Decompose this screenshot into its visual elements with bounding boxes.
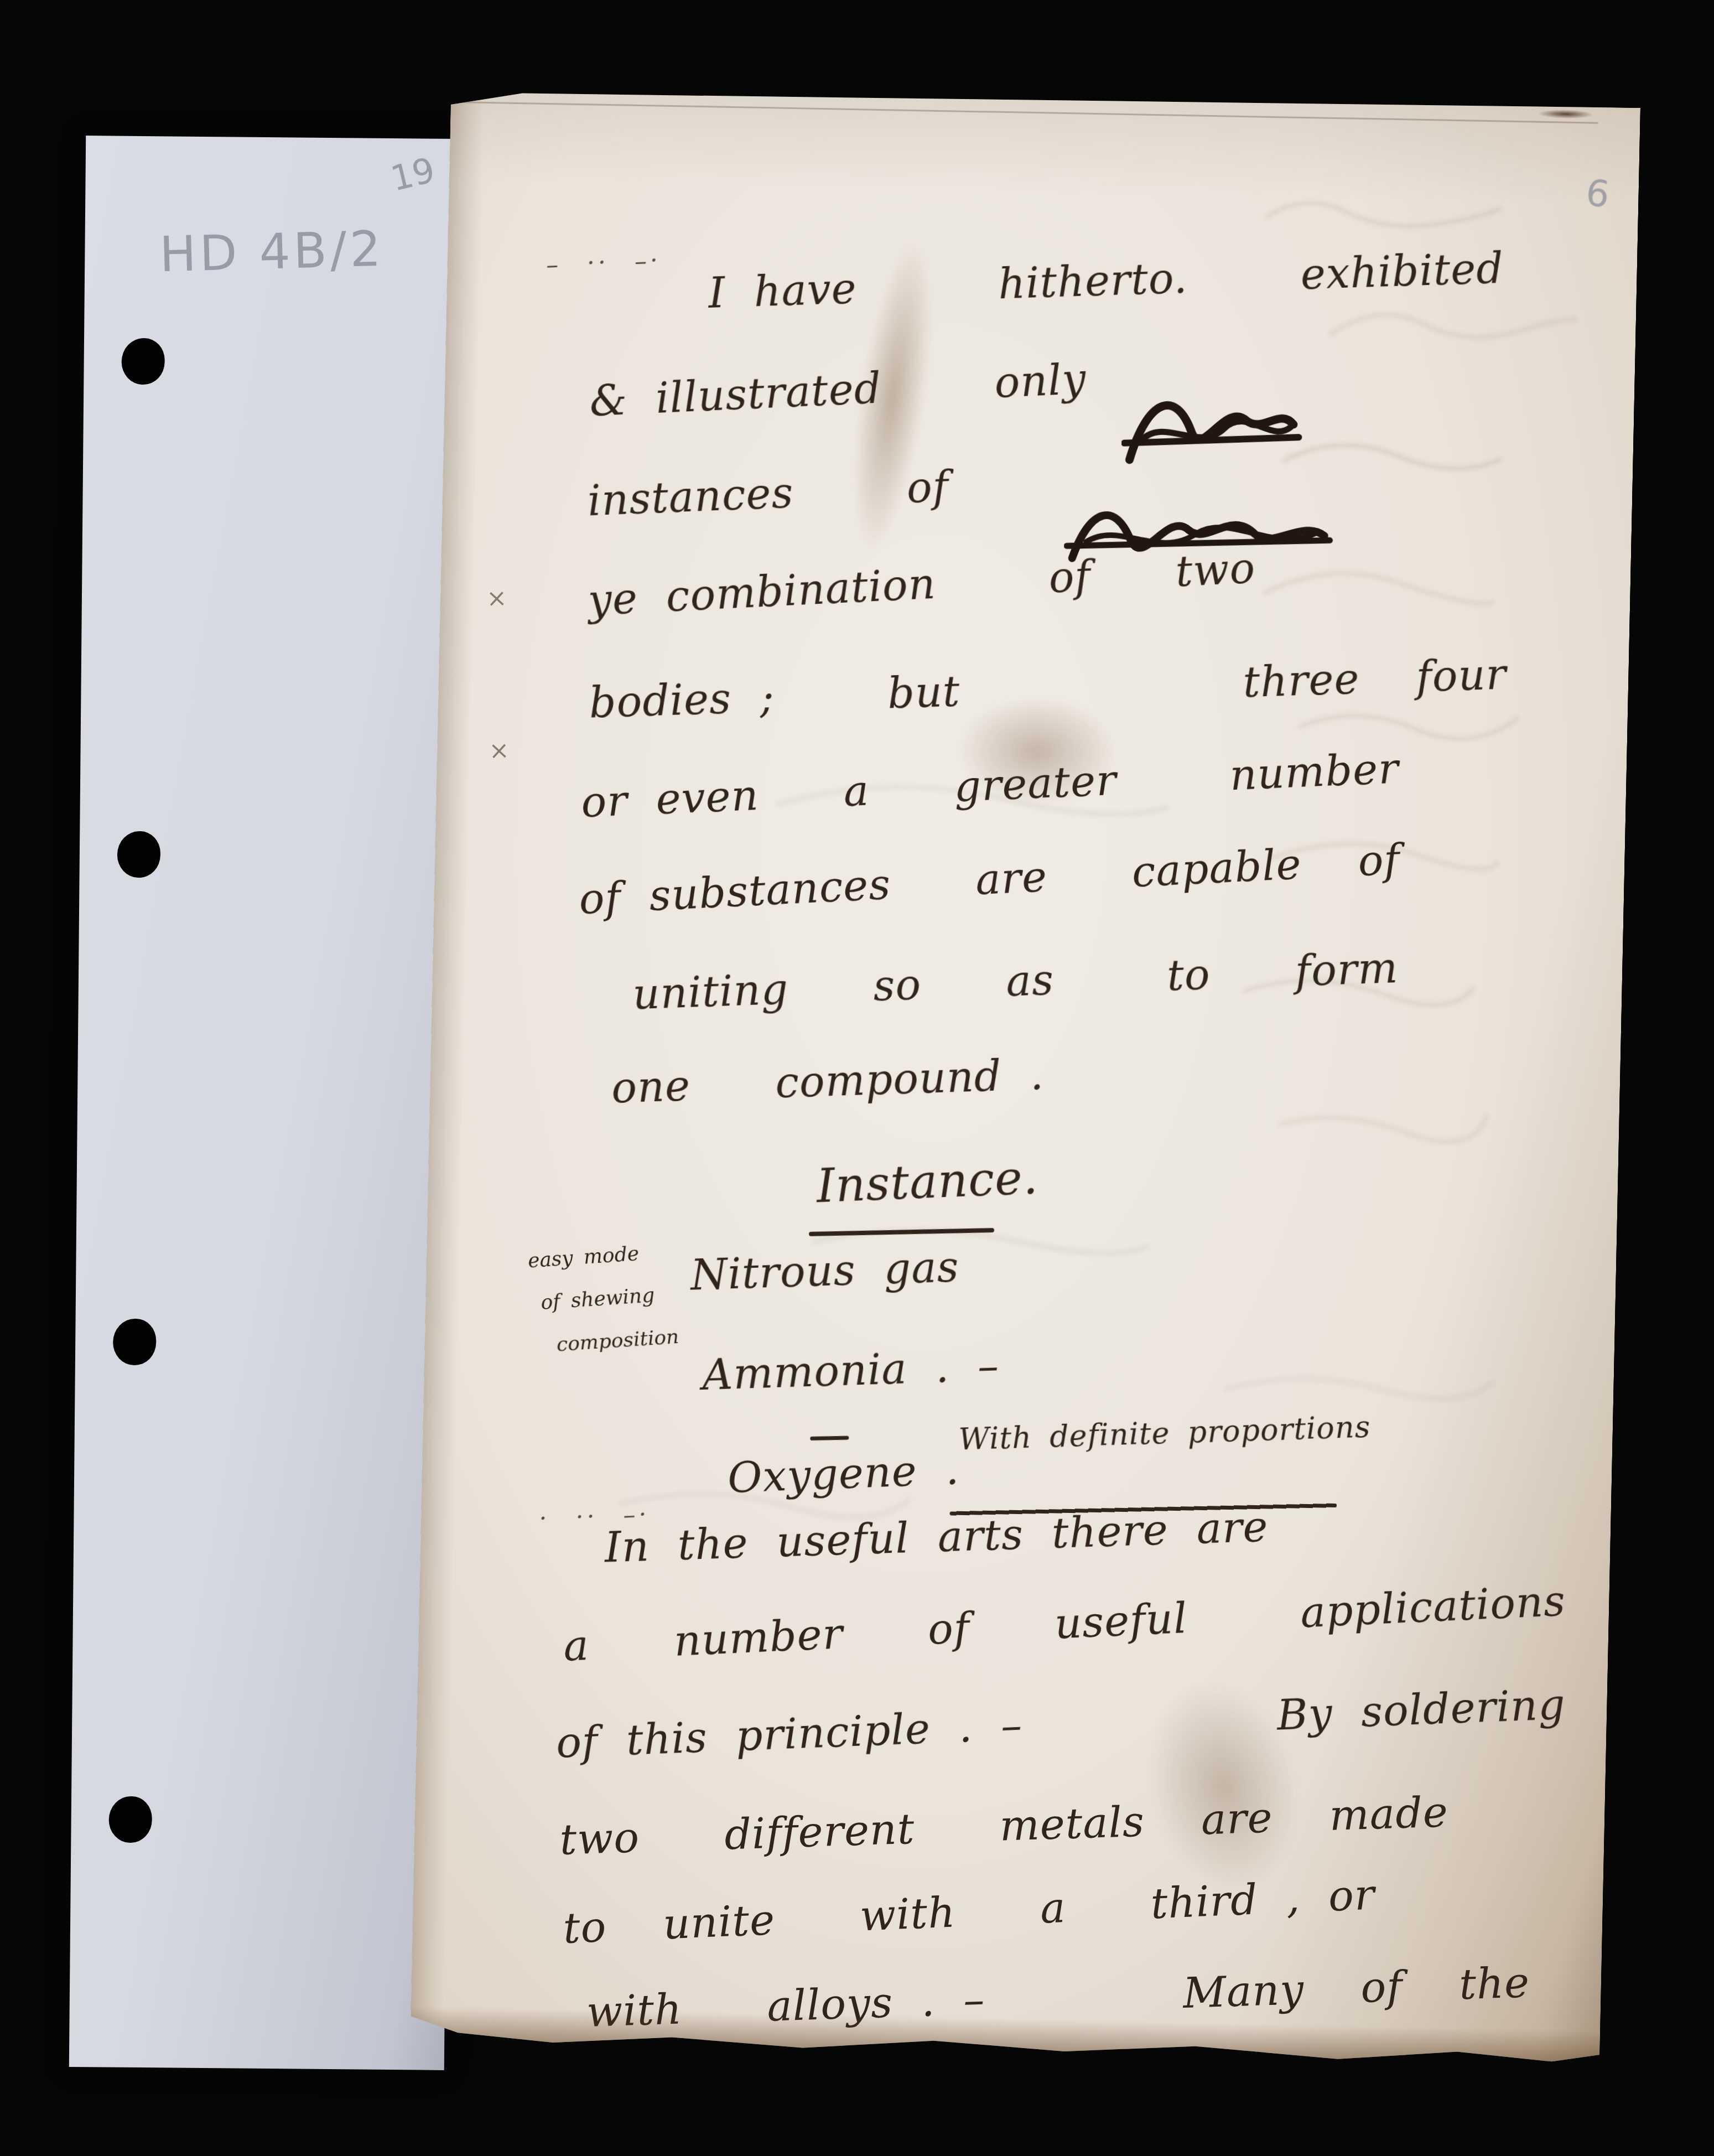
margin-cross-mark: × (489, 736, 511, 765)
paragraph-mark: – ·· –· (546, 246, 662, 279)
manuscript-line: a number of useful applications (562, 1576, 1566, 1671)
manuscript-line: uniting so as to form (632, 943, 1399, 1019)
margin-cross-mark: × (486, 584, 508, 613)
list-annotation: With definite proportions (958, 1409, 1371, 1457)
heading-underline (809, 1228, 994, 1236)
manuscript-line: one compound . (611, 1050, 1045, 1113)
manuscript-line: In the useful arts there are (604, 1502, 1269, 1572)
edge-ink-stain (1538, 109, 1593, 119)
punch-hole (117, 831, 161, 878)
margin-note-line: of shewing (540, 1284, 655, 1314)
margin-note-line: easy mode (527, 1242, 640, 1272)
photograph: HD 4B/2 19 6 (0, 0, 1714, 2156)
list-item: Oxygene . (726, 1444, 960, 1502)
manuscript-line: I have hitherto. exhibited (708, 243, 1504, 318)
list-item: Nitrous gas (690, 1242, 960, 1299)
margin-note-line: composition (556, 1325, 680, 1356)
page-number: 6 (1583, 171, 1612, 216)
manuscript-line: of this principle . – By soldering (555, 1680, 1566, 1768)
struck-out-word (1063, 475, 1336, 597)
underlying-sheet-edge (456, 101, 1598, 124)
archive-reference: HD 4B/2 (159, 220, 385, 283)
list-item: Ammonia . – (702, 1341, 1000, 1400)
manuscript-line: of substances are capable of (578, 835, 1401, 924)
manuscript-line: two different metals are made (559, 1787, 1449, 1864)
punch-hole (113, 1319, 157, 1366)
manuscript-line: & illustrated only (589, 354, 1088, 426)
photo-background: { "cover_sheet": { "reference_code": "HD… (0, 0, 1714, 2156)
heading-instance: Instance. (816, 1150, 1039, 1213)
punch-hole (108, 1796, 152, 1843)
cover-sheet: HD 4B/2 19 (69, 136, 461, 2070)
manuscript-line: to unite with a third , or (562, 1870, 1376, 1953)
list-dash-mark (810, 1436, 849, 1440)
manuscript-page: 6 – ·· –· I have hitherto. exhibited & i… (410, 83, 1640, 2066)
punch-hole (121, 338, 165, 385)
sheet-number: 19 (387, 149, 439, 199)
